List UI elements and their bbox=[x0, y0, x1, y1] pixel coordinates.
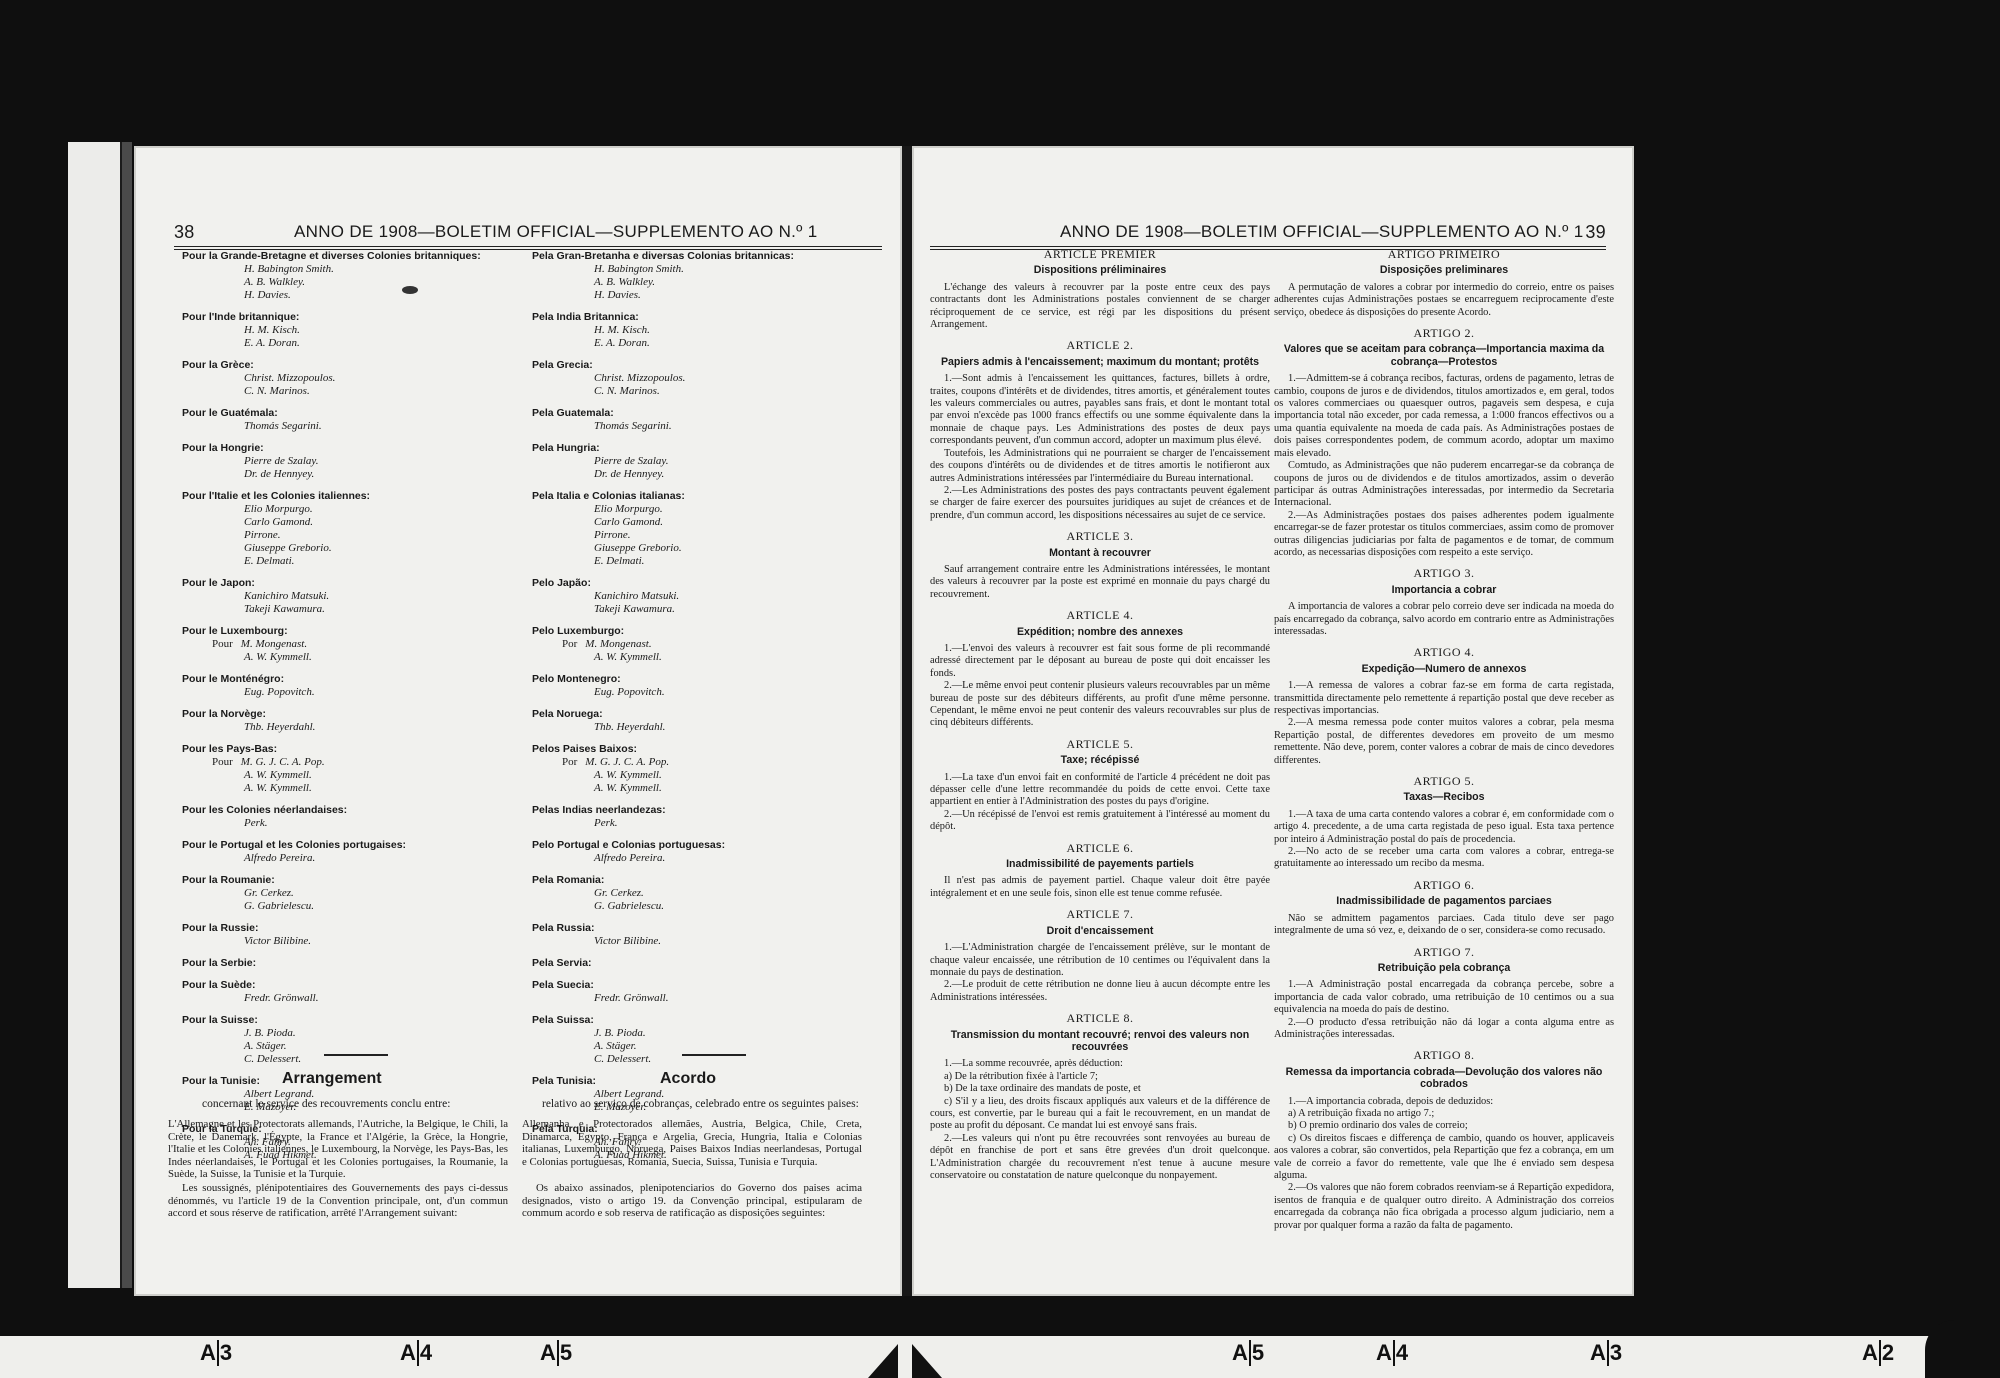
running-head-title: ANNO DE 1908—BOLETIM OFFICIAL—SUPPLEMENT… bbox=[294, 222, 817, 242]
article: ARTICLE PREMIERDispositions préliminaire… bbox=[930, 248, 1270, 331]
article-paragraph: 2.—Un récépissé de l'envoi est remis gra… bbox=[930, 809, 1270, 834]
signatory-name: Pirrone. bbox=[532, 529, 892, 542]
signatory-name: G. Gabrielescu. bbox=[532, 900, 892, 913]
signatory-name: Christ. Mizzopoulos. bbox=[182, 372, 542, 385]
article-title: Transmission du montant recouvré; renvoi… bbox=[930, 1029, 1270, 1054]
article: ARTIGO 5.Taxas—Recibos1.—A taxa de uma c… bbox=[1274, 775, 1614, 871]
page-number: 38 bbox=[174, 222, 195, 243]
signatory-name: Alfredo Pereira. bbox=[182, 852, 542, 865]
signatory-country: Pelo Montenegro: bbox=[532, 673, 892, 686]
article-paragraph: 1.—La taxe d'un envoi fait en conformité… bbox=[930, 772, 1270, 809]
signatory-country: Pour la Suède: bbox=[182, 979, 542, 992]
article-paragraph: b) O premio ordinario dos vales de corre… bbox=[1274, 1120, 1614, 1132]
article: ARTICLE 5.Taxe; récépissé1.—La taxe d'un… bbox=[930, 738, 1270, 834]
article: ARTIGO 7.Retribuição pela cobrança1.—A A… bbox=[1274, 946, 1614, 1042]
article-heading: ARTICLE PREMIER bbox=[930, 248, 1270, 260]
signature-block: Pour le Japon:Kanichiro Matsuki.Takeji K… bbox=[182, 577, 542, 616]
signatures-french: Pour la Grande-Bretagne et diverses Colo… bbox=[182, 250, 542, 1171]
signature-block: Pour la Serbie: bbox=[182, 957, 542, 970]
signatory-name: A. B. Walkley. bbox=[182, 276, 542, 289]
marker-bar bbox=[1249, 1340, 1251, 1366]
article-heading: ARTIGO 7. bbox=[1274, 946, 1614, 958]
articles-french-column: ARTICLE PREMIERDispositions préliminaire… bbox=[930, 248, 1270, 1190]
signatory-name: A. W. Kymmell. bbox=[182, 651, 542, 664]
signatory-country: Pour le Monténégro: bbox=[182, 673, 542, 686]
signatory-name: A. W. Kymmell. bbox=[532, 782, 892, 795]
marker-bar bbox=[1393, 1340, 1395, 1366]
signatory-name: Giuseppe Greborio. bbox=[182, 542, 542, 555]
arrangement-preamble: Les soussignés, plénipotentiaires des Go… bbox=[168, 1182, 508, 1220]
signatory-country: Pelo Japão: bbox=[532, 577, 892, 590]
signatory-country: Pelos Paises Baixos: bbox=[532, 743, 892, 756]
frame-marker: A5 bbox=[540, 1340, 572, 1366]
signatory-country: Pela Gran-Bretanha e diversas Colonias b… bbox=[532, 250, 892, 263]
article-paragraph: L'échange des valeurs à recouvrer par la… bbox=[930, 282, 1270, 332]
signatory-name: E. Delmati. bbox=[532, 555, 892, 568]
signatory-country: Pour le Luxembourg: bbox=[182, 625, 542, 638]
signatory-name: Fredr. Grönwall. bbox=[532, 992, 892, 1005]
article-title: Dispositions préliminaires bbox=[930, 264, 1270, 276]
signature-block: Pelo Japão:Kanichiro Matsuki.Takeji Kawa… bbox=[532, 577, 892, 616]
signatory-name: A. W. Kymmell. bbox=[532, 651, 892, 664]
signatory-name: Pierre de Szalay. bbox=[532, 455, 892, 468]
article-paragraph: A importancia de valores a cobrar pelo c… bbox=[1274, 601, 1614, 638]
page-binding-edge bbox=[122, 142, 132, 1288]
signature-block: Pelas Indias neerlandezas:Perk. bbox=[532, 804, 892, 830]
article-title: Papiers admis à l'encaissement; maximum … bbox=[930, 356, 1270, 368]
signatory-name: Gr. Cerkez. bbox=[532, 887, 892, 900]
signatory-name: Dr. de Hennyey. bbox=[532, 468, 892, 481]
signatory-name: C. N. Marinos. bbox=[532, 385, 892, 398]
signatory-name: Eug. Popovitch. bbox=[182, 686, 542, 699]
article-title: Montant à recouvrer bbox=[930, 547, 1270, 559]
article: ARTICLE 8.Transmission du montant recouv… bbox=[930, 1012, 1270, 1182]
film-end bbox=[1925, 1320, 2000, 1378]
previous-page-edge bbox=[68, 142, 126, 1288]
article-heading: ARTIGO 4. bbox=[1274, 646, 1614, 658]
signatory-country: Pour les Colonies néerlandaises: bbox=[182, 804, 542, 817]
article-title: Expedição—Numero de annexos bbox=[1274, 663, 1614, 675]
signatory-name: Fredr. Grönwall. bbox=[182, 992, 542, 1005]
article-paragraph: 2.—Les Administrations des postes des pa… bbox=[930, 485, 1270, 522]
signatory-name: H. Babington Smith. bbox=[182, 263, 542, 276]
signatory-name: PourM. Mongenast. bbox=[182, 638, 542, 651]
signature-block: Pela Hungria:Pierre de Szalay.Dr. de Hen… bbox=[532, 442, 892, 481]
signature-block: Pela Gran-Bretanha e diversas Colonias b… bbox=[532, 250, 892, 302]
signatory-name: J. B. Pioda. bbox=[182, 1027, 542, 1040]
article-heading: ARTIGO 5. bbox=[1274, 775, 1614, 787]
signature-block: Pela India Britannica:H. M. Kisch.E. A. … bbox=[532, 311, 892, 350]
article-paragraph: 1.—Sont admis à l'encaissement les quitt… bbox=[930, 373, 1270, 447]
article-paragraph: Comtudo, as Administrações que não puder… bbox=[1274, 460, 1614, 510]
signatory-country: Pour la Grèce: bbox=[182, 359, 542, 372]
article-heading: ARTICLE 6. bbox=[930, 842, 1270, 854]
article-paragraph: 2.—Les valeurs qui n'ont pu être recouvr… bbox=[930, 1133, 1270, 1183]
signatory-country: Pela Guatemala: bbox=[532, 407, 892, 420]
left-page: 38 ANNO DE 1908—BOLETIM OFFICIAL—SUPPLEM… bbox=[134, 146, 902, 1296]
signatory-name: PorM. G. J. C. A. Pop. bbox=[532, 756, 892, 769]
frame-marker: A2 bbox=[1862, 1340, 1894, 1366]
signatory-name: C. N. Marinos. bbox=[182, 385, 542, 398]
signatory-name: E. Delmati. bbox=[182, 555, 542, 568]
frame-marker: A3 bbox=[200, 1340, 232, 1366]
signatory-name: Takeji Kawamura. bbox=[182, 603, 542, 616]
signature-block: Pour la Norvège:Thb. Heyerdahl. bbox=[182, 708, 542, 734]
article-heading: ARTIGO 8. bbox=[1274, 1049, 1614, 1061]
signatory-country: Pela India Britannica: bbox=[532, 311, 892, 324]
signature-block: Pela Italia e Colonias italianas:Elio Mo… bbox=[532, 490, 892, 568]
article-title: Remessa da importancia cobrada—Devolução… bbox=[1274, 1066, 1614, 1091]
article: ARTIGO 4.Expedição—Numero de annexos1.—A… bbox=[1274, 646, 1614, 767]
signature-block: Pela Suecia:Fredr. Grönwall. bbox=[532, 979, 892, 1005]
film-frame-markers: A3A4A5A5A4A3A2 bbox=[0, 1336, 2000, 1378]
signatory-name: Elio Morpurgo. bbox=[182, 503, 542, 516]
article-paragraph: a) De la rétribution fixée à l'article 7… bbox=[930, 1071, 1270, 1083]
signature-block: Pela Grecia:Christ. Mizzopoulos.C. N. Ma… bbox=[532, 359, 892, 398]
signatory-country: Pour la Roumanie: bbox=[182, 874, 542, 887]
article: ARTICLE 6.Inadmissibilité de payements p… bbox=[930, 842, 1270, 901]
signatory-name: H. M. Kisch. bbox=[532, 324, 892, 337]
signatory-name: A. B. Walkley. bbox=[532, 276, 892, 289]
page-number: 39 bbox=[1585, 222, 1606, 243]
signatory-name: Dr. de Hennyey. bbox=[182, 468, 542, 481]
signatory-prefix: Por bbox=[562, 756, 577, 768]
signatory-country: Pour le Portugal et les Colonies portuga… bbox=[182, 839, 542, 852]
frame-marker: A4 bbox=[1376, 1340, 1408, 1366]
acordo-countries: Allemanha e Protectorados allemães, Aust… bbox=[522, 1118, 862, 1168]
article-paragraph: Toutefois, les Administrations qui ne po… bbox=[930, 448, 1270, 485]
signatory-name: E. A. Doran. bbox=[182, 337, 542, 350]
signatory-name: Perk. bbox=[532, 817, 892, 830]
signatory-country: Pour la Russie: bbox=[182, 922, 542, 935]
article: ARTIGO 3.Importancia a cobrarA importanc… bbox=[1274, 567, 1614, 638]
signatory-country: Pela Suissa: bbox=[532, 1014, 892, 1027]
signature-block: Pelo Portugal e Colonias portuguesas:Alf… bbox=[532, 839, 892, 865]
article-paragraph: 1.—L'Administration chargée de l'encaiss… bbox=[930, 942, 1270, 979]
article-heading: ARTIGO 3. bbox=[1274, 567, 1614, 579]
article-paragraph: 1.—L'envoi des valeurs à recouvrer est f… bbox=[930, 643, 1270, 680]
signatory-name: H. Davies. bbox=[182, 289, 542, 302]
signatory-prefix: Pour bbox=[212, 638, 233, 650]
signatory-name: J. B. Pioda. bbox=[532, 1027, 892, 1040]
marker-bar bbox=[1879, 1340, 1881, 1366]
article: ARTICLE 7.Droit d'encaissement1.—L'Admin… bbox=[930, 908, 1270, 1004]
signatory-name: Kanichiro Matsuki. bbox=[182, 590, 542, 603]
article-paragraph: a) A retribuição fixada no artigo 7.; bbox=[1274, 1108, 1614, 1120]
signatory-name: G. Gabrielescu. bbox=[182, 900, 542, 913]
article-title: Disposições preliminares bbox=[1274, 264, 1614, 276]
signatory-country: Pelo Luxemburgo: bbox=[532, 625, 892, 638]
signatory-name: H. Babington Smith. bbox=[532, 263, 892, 276]
signatory-country: Pela Romania: bbox=[532, 874, 892, 887]
article-paragraph: c) S'il y a lieu, des droits fiscaux app… bbox=[930, 1096, 1270, 1133]
article-paragraph: Sauf arrangement contraire entre les Adm… bbox=[930, 564, 1270, 601]
arrangement-countries: L'Allemagne et les Protectorats allemand… bbox=[168, 1118, 508, 1181]
signatory-name: PorM. Mongenast. bbox=[532, 638, 892, 651]
article-title: Droit d'encaissement bbox=[930, 925, 1270, 937]
article: ARTIGO 6.Inadmissibilidade de pagamentos… bbox=[1274, 879, 1614, 938]
signatory-name: Pierre de Szalay. bbox=[182, 455, 542, 468]
signatory-name: Victor Bilibine. bbox=[532, 935, 892, 948]
article-title: Taxe; récépissé bbox=[930, 754, 1270, 766]
signature-block: Pour le Guatémala:Thomás Segarini. bbox=[182, 407, 542, 433]
article-paragraph: 2.—O producto d'essa retribuição não dá … bbox=[1274, 1017, 1614, 1042]
article-title: Inadmissibilidade de pagamentos parciaes bbox=[1274, 895, 1614, 907]
frame-pointer-left-icon bbox=[868, 1344, 898, 1378]
signatory-country: Pela Noruega: bbox=[532, 708, 892, 721]
signature-block: Pour l'Italie et les Colonies italiennes… bbox=[182, 490, 542, 568]
signature-block: Pour le Monténégro:Eug. Popovitch. bbox=[182, 673, 542, 699]
article-paragraph: 2.—A mesma remessa pode conter muitos va… bbox=[1274, 717, 1614, 767]
article-heading: ARTICLE 3. bbox=[930, 530, 1270, 542]
signature-block: Pour la Russie:Victor Bilibine. bbox=[182, 922, 542, 948]
articles-portuguese-column: ARTIGO PRIMEIRODisposições preliminaresA… bbox=[1274, 248, 1614, 1240]
signatory-name: E. A. Doran. bbox=[532, 337, 892, 350]
article: ARTIGO 2.Valores que se aceitam para cob… bbox=[1274, 327, 1614, 559]
frame-marker: A5 bbox=[1232, 1340, 1264, 1366]
signatory-name: Kanichiro Matsuki. bbox=[532, 590, 892, 603]
article-paragraph: 1.—Admittem-se á cobrança recibos, factu… bbox=[1274, 373, 1614, 460]
signature-block: Pela Noruega:Thb. Heyerdahl. bbox=[532, 708, 892, 734]
signatory-country: Pour la Grande-Bretagne et diverses Colo… bbox=[182, 250, 542, 263]
article-paragraph: 1.—A taxa de uma carta contendo valores … bbox=[1274, 809, 1614, 846]
signature-block: Pelo Luxemburgo:PorM. Mongenast.A. W. Ky… bbox=[532, 625, 892, 664]
signature-block: Pelos Paises Baixos:PorM. G. J. C. A. Po… bbox=[532, 743, 892, 795]
article-paragraph: 2.—Le même envoi peut contenir plusieurs… bbox=[930, 680, 1270, 730]
divider-rule bbox=[324, 1054, 388, 1056]
article-title: Taxas—Recibos bbox=[1274, 791, 1614, 803]
signatures-portuguese: Pela Gran-Bretanha e diversas Colonias b… bbox=[532, 250, 892, 1171]
signatory-country: Pour la Hongrie: bbox=[182, 442, 542, 455]
article-title: Inadmissibilité de payements partiels bbox=[930, 858, 1270, 870]
signatory-country: Pour les Pays-Bas: bbox=[182, 743, 542, 756]
film-border bbox=[0, 1296, 2000, 1338]
signatory-name: Thomás Segarini. bbox=[532, 420, 892, 433]
signature-block: Pour l'Inde britannique:H. M. Kisch.E. A… bbox=[182, 311, 542, 350]
article-paragraph: 2.—As Administrações postaes dos paises … bbox=[1274, 510, 1614, 560]
signatory-country: Pour la Suisse: bbox=[182, 1014, 542, 1027]
signatory-country: Pela Suecia: bbox=[532, 979, 892, 992]
signatory-name: Gr. Cerkez. bbox=[182, 887, 542, 900]
article-heading: ARTICLE 7. bbox=[930, 908, 1270, 920]
signatory-country: Pour le Japon: bbox=[182, 577, 542, 590]
signatory-name: Alfredo Pereira. bbox=[532, 852, 892, 865]
signatory-name: Pirrone. bbox=[182, 529, 542, 542]
signatory-country: Pour la Norvège: bbox=[182, 708, 542, 721]
signature-block: Pelo Montenegro:Eug. Popovitch. bbox=[532, 673, 892, 699]
signatory-name: Thb. Heyerdahl. bbox=[532, 721, 892, 734]
signatory-name: A. W. Kymmell. bbox=[532, 769, 892, 782]
signature-block: Pour la Grande-Bretagne et diverses Colo… bbox=[182, 250, 542, 302]
signatory-name: H. M. Kisch. bbox=[182, 324, 542, 337]
arrangement-title: Arrangement bbox=[282, 1070, 382, 1088]
signatory-name: Giuseppe Greborio. bbox=[532, 542, 892, 555]
signature-block: Pour les Colonies néerlandaises:Perk. bbox=[182, 804, 542, 830]
page-gutter bbox=[902, 146, 912, 1296]
frame-marker: A3 bbox=[1590, 1340, 1622, 1366]
article-title: Expédition; nombre des annexes bbox=[930, 626, 1270, 638]
signatory-country: Pour l'Inde britannique: bbox=[182, 311, 542, 324]
signature-block: Pour le Portugal et les Colonies portuga… bbox=[182, 839, 542, 865]
article-title: Importancia a cobrar bbox=[1274, 584, 1614, 596]
signature-block: Pela Romania:Gr. Cerkez.G. Gabrielescu. bbox=[532, 874, 892, 913]
signature-block: Pour les Pays-Bas:PourM. G. J. C. A. Pop… bbox=[182, 743, 542, 795]
signatory-country: Pela Servia: bbox=[532, 957, 892, 970]
article-paragraph: 1.—A remessa de valores a cobrar faz-se … bbox=[1274, 680, 1614, 717]
signature-block: Pour le Luxembourg:PourM. Mongenast.A. W… bbox=[182, 625, 542, 664]
signature-block: Pela Servia: bbox=[532, 957, 892, 970]
article: ARTICLE 3.Montant à recouvrerSauf arrang… bbox=[930, 530, 1270, 601]
running-head-left: 38 ANNO DE 1908—BOLETIM OFFICIAL—SUPPLEM… bbox=[174, 218, 882, 250]
arrangement-subtitle: concernant le service des recouvrements … bbox=[202, 1098, 450, 1110]
article-paragraph: 1.—A Administração postal encarregada da… bbox=[1274, 979, 1614, 1016]
signatory-country: Pela Hungria: bbox=[532, 442, 892, 455]
article-heading: ARTICLE 5. bbox=[930, 738, 1270, 750]
article-paragraph: 2.—No acto de se receber uma carta com v… bbox=[1274, 846, 1614, 871]
signatory-country: Pelas Indias neerlandezas: bbox=[532, 804, 892, 817]
signature-block: Pela Suissa:J. B. Pioda.A. Stäger.C. Del… bbox=[532, 1014, 892, 1066]
signatory-name: Perk. bbox=[182, 817, 542, 830]
divider-rule bbox=[682, 1054, 746, 1056]
signatory-name: A. Stäger. bbox=[532, 1040, 892, 1053]
article-heading: ARTICLE 2. bbox=[930, 339, 1270, 351]
article-heading: ARTICLE 4. bbox=[930, 609, 1270, 621]
marker-bar bbox=[1607, 1340, 1609, 1366]
signature-block: Pour la Roumanie:Gr. Cerkez.G. Gabrieles… bbox=[182, 874, 542, 913]
signatory-name: Carlo Gamond. bbox=[532, 516, 892, 529]
signature-block: Pela Guatemala:Thomás Segarini. bbox=[532, 407, 892, 433]
marker-bar bbox=[217, 1340, 219, 1366]
signatory-country: Pela Italia e Colonias italianas: bbox=[532, 490, 892, 503]
marker-bar bbox=[557, 1340, 559, 1366]
signatory-country: Pelo Portugal e Colonias portuguesas: bbox=[532, 839, 892, 852]
article-title: Valores que se aceitam para cobrança—Imp… bbox=[1274, 343, 1614, 368]
signatory-name: Takeji Kawamura. bbox=[532, 603, 892, 616]
article-paragraph: 2.—Os valores que não forem cobrados ree… bbox=[1274, 1182, 1614, 1232]
frame-pointer-right-icon bbox=[912, 1344, 942, 1378]
signatory-name: H. Davies. bbox=[532, 289, 892, 302]
signatory-country: Pela Grecia: bbox=[532, 359, 892, 372]
signatory-name: A. W. Kymmell. bbox=[182, 782, 542, 795]
signatory-name: Victor Bilibine. bbox=[182, 935, 542, 948]
article-heading: ARTIGO PRIMEIRO bbox=[1274, 248, 1614, 260]
article: ARTICLE 2.Papiers admis à l'encaissement… bbox=[930, 339, 1270, 522]
article-heading: ARTICLE 8. bbox=[930, 1012, 1270, 1024]
signature-block: Pour la Grèce:Christ. Mizzopoulos.C. N. … bbox=[182, 359, 542, 398]
signatory-prefix: Pour bbox=[212, 756, 233, 768]
article: ARTIGO 8.Remessa da importancia cobrada—… bbox=[1274, 1049, 1614, 1232]
article-paragraph: c) Os direitos fiscaes e differença de c… bbox=[1274, 1133, 1614, 1183]
signature-block: Pour la Hongrie:Pierre de Szalay.Dr. de … bbox=[182, 442, 542, 481]
signatory-country: Pour l'Italie et les Colonies italiennes… bbox=[182, 490, 542, 503]
article-paragraph: 2.—Le produit de cette rétribution ne do… bbox=[930, 979, 1270, 1004]
article-paragraph: 1.—La somme recouvrée, après déduction: bbox=[930, 1058, 1270, 1070]
signatory-name: Carlo Gamond. bbox=[182, 516, 542, 529]
signatory-country: Pela Russia: bbox=[532, 922, 892, 935]
ink-blot bbox=[402, 286, 418, 294]
signature-block: Pour la Suède:Fredr. Grönwall. bbox=[182, 979, 542, 1005]
signatory-name: PourM. G. J. C. A. Pop. bbox=[182, 756, 542, 769]
right-page: ANNO DE 1908—BOLETIM OFFICIAL—SUPPLEMENT… bbox=[912, 146, 1634, 1296]
acordo-preamble: Os abaixo assinados, plenipotenciarios d… bbox=[522, 1182, 862, 1220]
signature-block: Pour la Suisse:J. B. Pioda.A. Stäger.C. … bbox=[182, 1014, 542, 1066]
article-paragraph: Não se admittem pagamentos parciaes. Cad… bbox=[1274, 913, 1614, 938]
signatory-name: Elio Morpurgo. bbox=[532, 503, 892, 516]
article: ARTICLE 4.Expédition; nombre des annexes… bbox=[930, 609, 1270, 730]
article-paragraph: A permutação de valores a cobrar por int… bbox=[1274, 282, 1614, 319]
running-head-right: ANNO DE 1908—BOLETIM OFFICIAL—SUPPLEMENT… bbox=[930, 218, 1606, 250]
article-heading: ARTIGO 2. bbox=[1274, 327, 1614, 339]
running-head-title: ANNO DE 1908—BOLETIM OFFICIAL—SUPPLEMENT… bbox=[1060, 222, 1583, 242]
marker-bar bbox=[417, 1340, 419, 1366]
article: ARTIGO PRIMEIRODisposições preliminaresA… bbox=[1274, 248, 1614, 319]
article-paragraph: 1.—A importancia cobrada, depois de dedu… bbox=[1274, 1096, 1614, 1108]
article-title: Retribuição pela cobrança bbox=[1274, 962, 1614, 974]
acordo-title: Acordo bbox=[660, 1070, 716, 1088]
signatory-name: A. W. Kymmell. bbox=[182, 769, 542, 782]
signatory-name: Thb. Heyerdahl. bbox=[182, 721, 542, 734]
signatory-name: Eug. Popovitch. bbox=[532, 686, 892, 699]
signatory-name: Thomás Segarini. bbox=[182, 420, 542, 433]
frame-marker: A4 bbox=[400, 1340, 432, 1366]
signatory-country: Pour le Guatémala: bbox=[182, 407, 542, 420]
article-paragraph: Il n'est pas admis de payement partiel. … bbox=[930, 875, 1270, 900]
signatory-country: Pour la Serbie: bbox=[182, 957, 542, 970]
acordo-subtitle: relativo ao serviço de cobranças, celebr… bbox=[542, 1098, 859, 1110]
signatory-name: Christ. Mizzopoulos. bbox=[532, 372, 892, 385]
article-heading: ARTIGO 6. bbox=[1274, 879, 1614, 891]
signatory-name: A. Stäger. bbox=[182, 1040, 542, 1053]
article-paragraph: b) De la taxe ordinaire des mandats de p… bbox=[930, 1083, 1270, 1095]
signatory-prefix: Por bbox=[562, 638, 577, 650]
signature-block: Pela Russia:Victor Bilibine. bbox=[532, 922, 892, 948]
